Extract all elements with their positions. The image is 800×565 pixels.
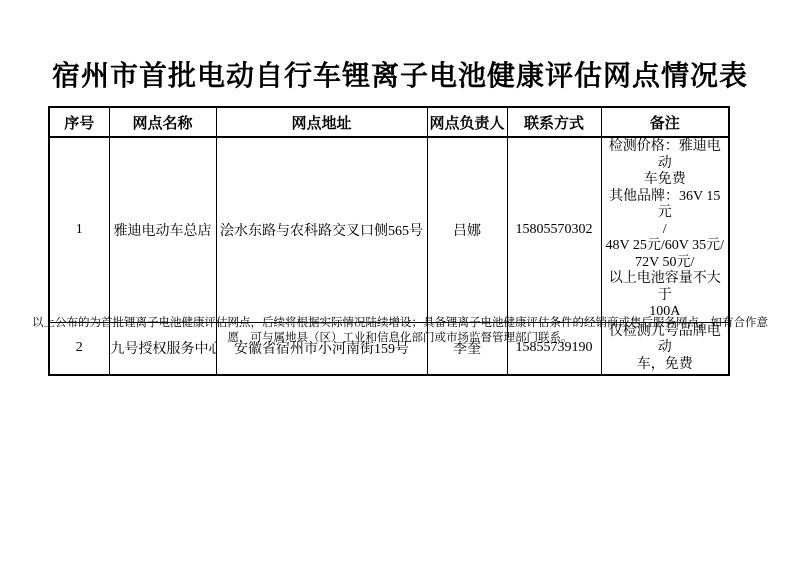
page-title: 宿州市首批电动自行车锂离子电池健康评估网点情况表: [0, 54, 800, 94]
cell-remark: 检测价格：雅迪电动 车免费 其他品牌：36V 15元 / 48V 25元/60V…: [601, 137, 729, 322]
cell-seq: 1: [49, 137, 109, 322]
table-header-row: 序号 网点名称 网点地址 网点负责人 联系方式 备注: [49, 107, 729, 137]
col-header-remark: 备注: [601, 107, 729, 137]
cell-phone: 15805570302: [507, 137, 601, 322]
cell-manager: 吕娜: [427, 137, 507, 322]
col-header-name: 网点名称: [109, 107, 216, 137]
document-page: 宿州市首批电动自行车锂离子电池健康评估网点情况表 序号 网点名称 网点地址 网点…: [0, 0, 800, 565]
col-header-phone: 联系方式: [507, 107, 601, 137]
cell-address: 浍水东路与农科路交叉口侧565号: [216, 137, 427, 322]
col-header-manager: 网点负责人: [427, 107, 507, 137]
col-header-address: 网点地址: [216, 107, 427, 137]
footnote: 以上公布的为首批锂离子电池健康评估网点，后续将根据实际情况陆续增设；具备锂离子电…: [32, 316, 768, 346]
cell-name: 雅迪电动车总店: [109, 137, 216, 322]
col-header-seq: 序号: [49, 107, 109, 137]
table-row: 1 雅迪电动车总店 浍水东路与农科路交叉口侧565号 吕娜 1580557030…: [49, 137, 729, 322]
